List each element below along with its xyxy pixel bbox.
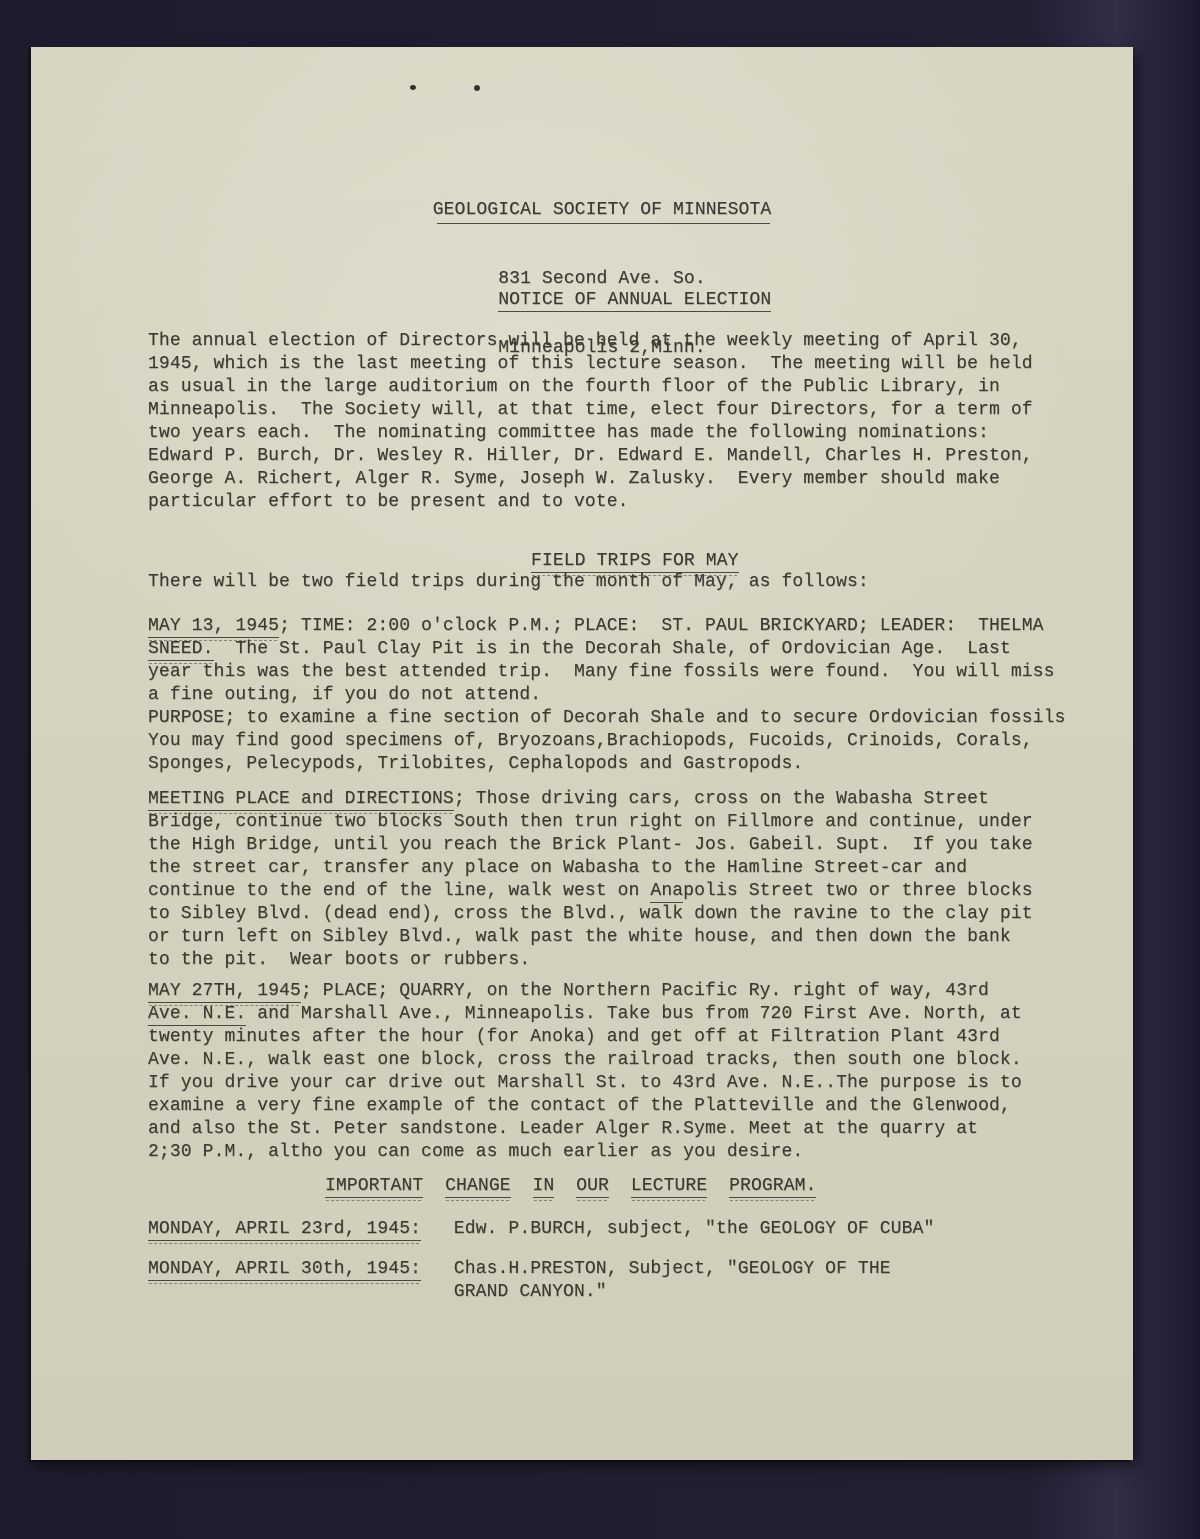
text-line: GRAND CANYON."	[148, 1281, 891, 1304]
scan-background: { "colors": { "scan_background": "#221f3…	[0, 0, 1200, 1539]
text-line: and also the St. Peter sandstone. Leader…	[148, 1118, 1022, 1141]
field-trips-for-may-heading: FIELD TRIPS FOR MAY	[531, 551, 739, 573]
text-line: There will be two field trips during the…	[148, 571, 869, 594]
text-line: to the pit. Wear boots or rubbers.	[148, 949, 1033, 972]
text-line: Bridge, continue two blocks South then t…	[148, 811, 1033, 834]
text-line: or turn left on Sibley Blvd., walk past …	[148, 926, 1033, 949]
text-line: SNEED. The St. Paul Clay Pit is in the D…	[148, 638, 1065, 661]
text-line: Ave. N.E. and Marshall Ave., Minneapolis…	[148, 1003, 1022, 1026]
election-paragraph: The annual election of Directors will be…	[148, 330, 1033, 514]
notice-heading-block: NOTICE OF ANNUAL ELECTION	[71, 266, 1133, 335]
lecture-program-heading: IMPORTANT CHANGE IN OUR LECTURE PROGRAM.	[325, 1175, 816, 1198]
text-line: year this was the best attended trip. Ma…	[148, 661, 1065, 684]
document-page: GEOLOGICAL SOCIETY OF MINNESOTA 831 Seco…	[31, 47, 1133, 1460]
letterhead-organization: GEOLOGICAL SOCIETY OF MINNESOTA	[71, 199, 1133, 222]
may-13-trip-paragraph: MAY 13, 1945; TIME: 2:00 o'clock P.M.; P…	[148, 615, 1065, 776]
typewritten-document: GEOLOGICAL SOCIETY OF MINNESOTA 831 Seco…	[31, 47, 1133, 1460]
letterhead-underline-rule	[437, 223, 770, 224]
text-line: twenty minutes after the hour (for Anoka…	[148, 1026, 1022, 1049]
text-line: Edward P. Burch, Dr. Wesley R. Hiller, D…	[148, 445, 1033, 468]
text-line: You may find good specimens of, Bryozoan…	[148, 730, 1065, 753]
text-line: as usual in the large auditorium on the …	[148, 376, 1033, 399]
text-line: MAY 27TH, 1945; PLACE; QUARRY, on the No…	[148, 980, 1022, 1003]
text-line: a fine outing, if you do not attend.	[148, 684, 1065, 707]
ink-dot	[410, 85, 416, 90]
text-line: The annual election of Directors will be…	[148, 330, 1033, 353]
field-trips-intro: There will be two field trips during the…	[148, 571, 869, 594]
text-line: two years each. The nominating committee…	[148, 422, 1033, 445]
ink-dot	[474, 85, 480, 91]
text-line: Sponges, Pelecypods, Trilobites, Cephalo…	[148, 753, 1065, 776]
may-27-trip-paragraph: MAY 27TH, 1945; PLACE; QUARRY, on the No…	[148, 980, 1022, 1164]
text-line: IMPORTANT CHANGE IN OUR LECTURE PROGRAM.	[325, 1175, 816, 1198]
text-line: If you drive your car drive out Marshall…	[148, 1072, 1022, 1095]
text-line: 2;30 P.M., altho you can come as much ea…	[148, 1141, 1022, 1164]
text-line: Minneapolis. The Society will, at that t…	[148, 399, 1033, 422]
text-line: the High Bridge, until you reach the Bri…	[148, 834, 1033, 857]
text-line: 1945, which is the last meeting of this …	[148, 353, 1033, 376]
text-line: to Sibley Blvd. (dead end), cross the Bl…	[148, 903, 1033, 926]
text-line: the street car, transfer any place on Wa…	[148, 857, 1033, 880]
text-line: MAY 13, 1945; TIME: 2:00 o'clock P.M.; P…	[148, 615, 1065, 638]
text-line: particular effort to be present and to v…	[148, 491, 1033, 514]
text-line: Ave. N.E., walk east one block, cross th…	[148, 1049, 1022, 1072]
text-line: PURPOSE; to examine a fine section of De…	[148, 707, 1065, 730]
lecture-item-april-30: MONDAY, APRIL 30th, 1945: Chas.H.PRESTON…	[148, 1258, 891, 1304]
text-line: continue to the end of the line, walk we…	[148, 880, 1033, 903]
text-line: MEETING PLACE and DIRECTIONS; Those driv…	[148, 788, 1033, 811]
meeting-place-directions-paragraph: MEETING PLACE and DIRECTIONS; Those driv…	[148, 788, 1033, 972]
text-line: examine a very fine example of the conta…	[148, 1095, 1022, 1118]
text-line: George A. Richert, Alger R. Syme, Joseph…	[148, 468, 1033, 491]
text-line: MONDAY, APRIL 30th, 1945: Chas.H.PRESTON…	[148, 1258, 891, 1281]
lecture-item-april-23: MONDAY, APRIL 23rd, 1945: Edw. P.BURCH, …	[148, 1218, 934, 1241]
text-line: MONDAY, APRIL 23rd, 1945: Edw. P.BURCH, …	[148, 1218, 934, 1241]
notice-of-annual-election-heading: NOTICE OF ANNUAL ELECTION	[498, 290, 771, 312]
